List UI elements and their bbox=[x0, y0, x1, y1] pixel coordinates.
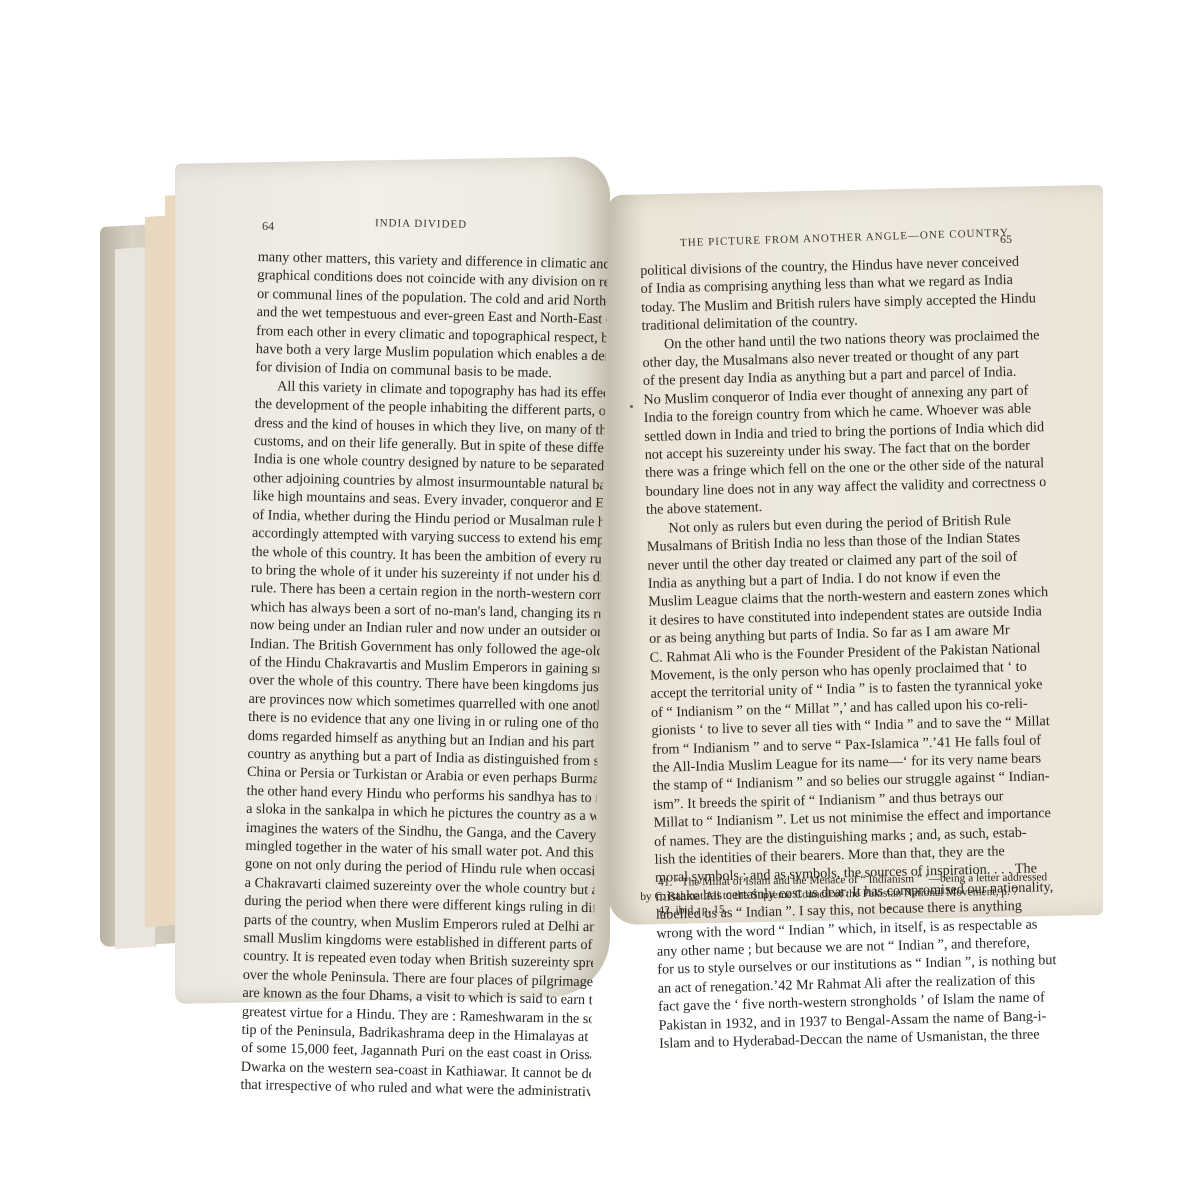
right-page-body: political divisions of the country, the … bbox=[640, 252, 1059, 1053]
right-page-number: 65 bbox=[1000, 232, 1012, 247]
paper-speck bbox=[630, 405, 633, 408]
left-running-head: INDIA DIVIDED bbox=[375, 217, 467, 231]
left-page-number: 64 bbox=[262, 219, 274, 234]
paper-speck bbox=[888, 907, 891, 910]
paper-speck bbox=[660, 912, 662, 916]
footnotes: 41. ‘ The Millat of Islam and the Menace… bbox=[640, 870, 1041, 918]
left-page-body: many other matters, this variety and dif… bbox=[240, 248, 608, 1102]
open-book-photo: 64 INDIA DIVIDED THE PICTURE FROM ANOTHE… bbox=[0, 0, 1200, 1200]
